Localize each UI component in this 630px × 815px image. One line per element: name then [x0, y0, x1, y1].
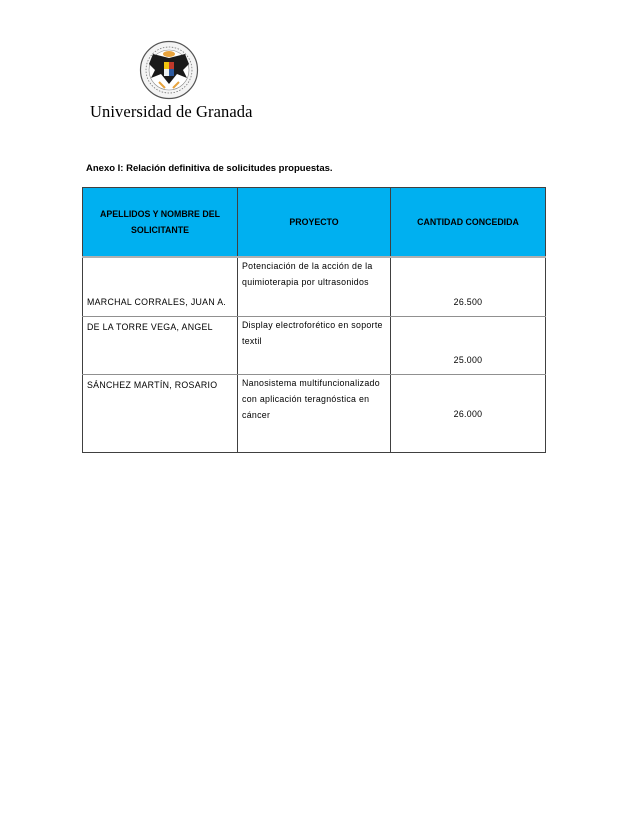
- granted-amount: 26.000: [391, 375, 546, 453]
- project-title: Nanosistema multifuncionalizado con apli…: [238, 375, 391, 453]
- applicant-name: DE LA TORRE VEGA, ANGEL: [83, 317, 238, 375]
- annex-title: Anexo I: Relación definitiva de solicitu…: [86, 163, 333, 174]
- university-coat-of-arms-icon: [139, 40, 199, 100]
- column-header-project: PROYECTO: [238, 188, 391, 258]
- grants-table: APELLIDOS Y NOMBRE DEL SOLICITANTE PROYE…: [82, 187, 546, 453]
- table-header-row: APELLIDOS Y NOMBRE DEL SOLICITANTE PROYE…: [83, 188, 546, 258]
- project-title: Display electroforético en soporte texti…: [238, 317, 391, 375]
- column-header-applicant: APELLIDOS Y NOMBRE DEL SOLICITANTE: [83, 188, 238, 258]
- applicant-name: MARCHAL CORRALES, JUAN A.: [83, 257, 238, 317]
- applicant-name: SÁNCHEZ MARTÍN, ROSARIO: [83, 375, 238, 453]
- granted-amount: 25.000: [391, 317, 546, 375]
- table-row: DE LA TORRE VEGA, ANGEL Display electrof…: [83, 317, 546, 375]
- granted-amount: 26.500: [391, 257, 546, 317]
- project-title: Potenciación de la acción de la quimiote…: [238, 257, 391, 317]
- column-header-amount: CANTIDAD CONCEDIDA: [391, 188, 546, 258]
- table-row: SÁNCHEZ MARTÍN, ROSARIO Nanosistema mult…: [83, 375, 546, 453]
- table-row: MARCHAL CORRALES, JUAN A. Potenciación d…: [83, 257, 546, 317]
- institution-name: Universidad de Granada: [90, 102, 250, 122]
